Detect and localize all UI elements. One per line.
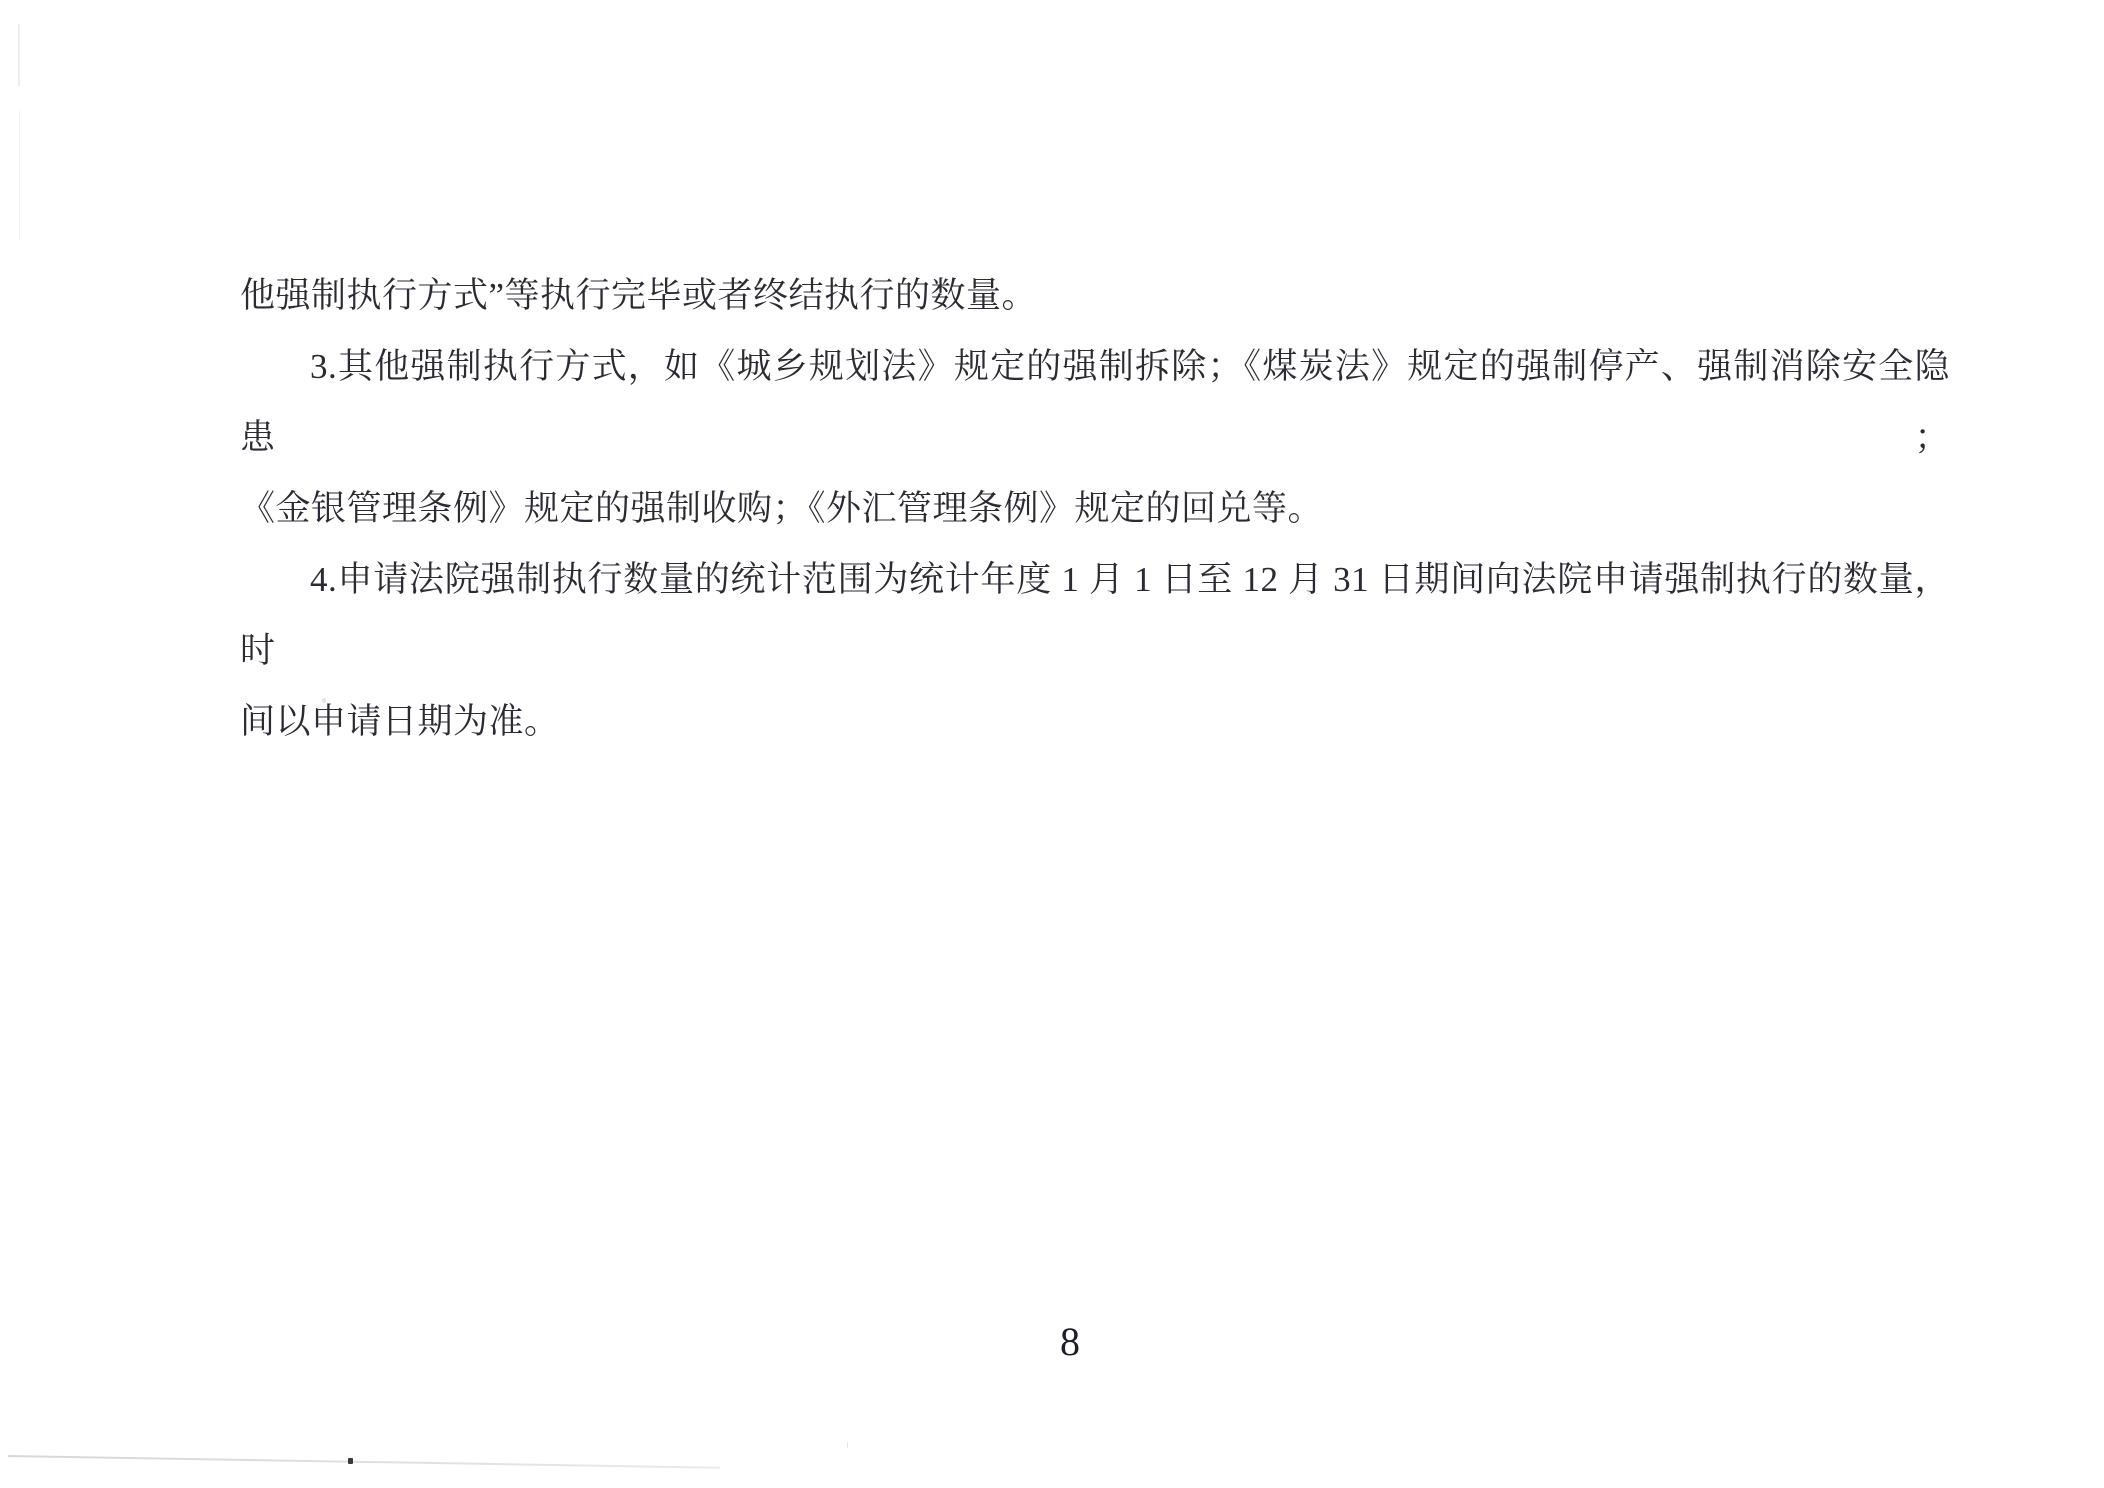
scan-artifact-bottom-line: [8, 1455, 720, 1469]
scan-artifact-bottom-dot: [348, 1458, 353, 1464]
text-line-4: 4.申请法院强制执行数量的统计范围为统计年度 1 月 1 日至 12 月 31 …: [240, 544, 1950, 686]
text-line-3: 《金银管理条例》规定的强制收购；《外汇管理条例》规定的回兑等。: [240, 473, 1950, 544]
text-line-1: 他强制执行方式”等执行完毕或者终结执行的数量。: [240, 260, 1950, 331]
body-text: 他强制执行方式”等执行完毕或者终结执行的数量。 3.其他强制执行方式，如《城乡规…: [240, 260, 1950, 757]
text-line-5: 间以申请日期为准。: [240, 686, 1950, 757]
text-line-2: 3.其他强制执行方式，如《城乡规划法》规定的强制拆除；《煤炭法》规定的强制停产、…: [240, 331, 1950, 473]
scan-artifact-vertical-smudge: [18, 24, 20, 86]
scan-artifact-bottom-tick: [847, 1442, 848, 1448]
scan-artifact-vertical-smudge-faint: [19, 110, 20, 240]
document-page: 他强制执行方式”等执行完毕或者终结执行的数量。 3.其他强制执行方式，如《城乡规…: [0, 0, 2104, 1488]
page-number: 8: [1030, 1318, 1110, 1365]
